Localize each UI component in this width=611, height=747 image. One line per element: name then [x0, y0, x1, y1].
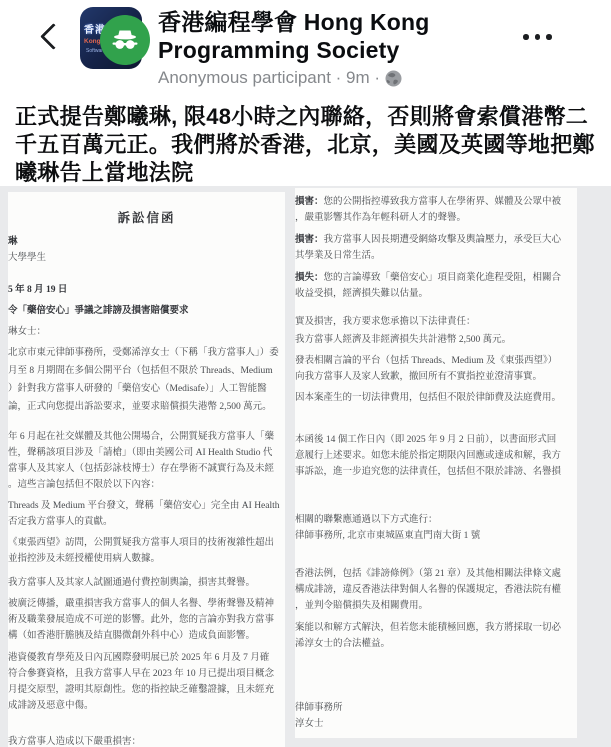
document-title: 訴訟信函 — [8, 208, 285, 226]
doc-line: 案能以和解方式解決，但若您未能積極回應，我方將採取一切必 — [295, 620, 577, 636]
doc-line: 當事人及其家人（包括彭詠枝博士）存在學術不誠實行為及未經 — [8, 461, 285, 477]
doc-line: 我方當事人及其家人試圖通過付費控制輿論，損害其聲譽。 — [8, 575, 285, 591]
back-button[interactable] — [36, 20, 66, 54]
attachment-image-right[interactable]: 損害：您的公開指控導致我方當事人在學術界、媒體及公眾中被，嚴重影響其作為年輕科研… — [295, 188, 577, 738]
doc-line: 琳 — [8, 234, 285, 250]
post-header: 香港編程 Kong Prog Software Soc 香港編程學會 Hong … — [0, 0, 611, 95]
doc-line: 香港法例，包括《誹謗條例》（第 21 章）及其他相關法律條文處 — [295, 566, 577, 582]
attachment-image-left[interactable]: 訴訟信函 琳大學學生5 年 8 月 19 日令「藥倍安心」爭議之誹謗及損害賠償要… — [8, 192, 285, 747]
doc-line: 我方當事人經濟及非經濟損失共計港幣 2,500 萬元。 — [295, 332, 577, 348]
more-options-button[interactable] — [523, 26, 563, 48]
doc-line: 事訴訟，進一步追究您的法律責任，包括但不限於誹謗、名譽損 — [295, 464, 577, 480]
doc-line: ）針對我方當事人研發的「藥倍安心（Medisafe）」人工智能醫 — [8, 381, 285, 397]
left-doc-lines: 琳大學學生5 年 8 月 19 日令「藥倍安心」爭議之誹謗及損害賠償要求琳女士：… — [8, 234, 285, 747]
globe-privacy-icon — [385, 70, 402, 87]
doc-line: 琳女士： — [8, 324, 285, 340]
doc-line: 意履行上述要求。如您未能於指定期限內回應或達成和解，我方 — [295, 448, 577, 464]
post-attachments: 訴訟信函 琳大學學生5 年 8 月 19 日令「藥倍安心」爭議之誹謗及損害賠償要… — [0, 186, 611, 747]
doc-line: 並指控涉及未經授權使用病人數據。 — [8, 551, 285, 567]
doc-line: 因本案產生的一切法律費用，包括但不限於律師費及法庭費用。 — [295, 390, 577, 406]
doc-line: 浠淳女士的合法權益。 — [295, 636, 577, 652]
meta-text: Anonymous participant · 9m · — [158, 68, 380, 88]
doc-line: 港資優教育學苑及日內瓦國際發明展已於 2025 年 6 月及 7 月確 — [8, 650, 285, 666]
doc-line: 損失：您的言論導致「藥倍安心」項目商業化進程受阻，相關合 — [295, 270, 577, 286]
doc-line: 術及職業發展造成不可逆的影響。此外，您的言論亦對我方當事 — [8, 612, 285, 628]
doc-line: ，並判令賠償損失及相關費用。 — [295, 598, 577, 614]
anonymous-incognito-icon — [100, 15, 150, 65]
doc-line: 淳女士 — [295, 716, 577, 732]
doc-line: 年 6 月起在社交媒體及其他公開場合，公開質疑我方當事人「藥 — [8, 429, 285, 445]
doc-line: 性，聲稱該項目涉及「請槍」（即由美國公司 AI Health Studio 代 — [8, 445, 285, 461]
doc-line: 《東張西望》訪問，公開質疑我方當事人項目的技術複雜性超出 — [8, 535, 285, 551]
post-text: 正式提告鄭曦琳, 限48小時之內聯絡，否則將會索償港幣二千五百萬元正。我們將於香… — [0, 95, 611, 197]
doc-line: 成誹謗及惡意中傷。 — [8, 698, 285, 714]
doc-line: 北京市東元律師事務所，受鄭浠淳女士（下稱「我方當事人」）委 — [8, 345, 285, 361]
doc-line: 大學學生 — [8, 250, 285, 266]
doc-line: 構（如香港肝膽胰及結直腸微創外科中心）造成負面影響。 — [8, 628, 285, 644]
doc-line: 相關的聯繫應通過以下方式進行： — [295, 512, 577, 528]
doc-line: 發表相關言論的平台（包括 Threads、Medium 及《東張西望》） — [295, 353, 577, 369]
doc-line: 論，正式向您提出訴訟要求，並要求賠償損失港幣 2,500 萬元。 — [8, 399, 285, 415]
group-post-screen: 香港編程 Kong Prog Software Soc 香港編程學會 Hong … — [0, 0, 611, 747]
doc-line: 收益受損，經濟損失難以估量。 — [295, 286, 577, 302]
doc-line: 律師事務所 — [295, 700, 577, 716]
doc-line: 否定我方當事人的貢獻。 — [8, 514, 285, 530]
dot-icon — [546, 34, 552, 40]
dot-icon — [535, 34, 541, 40]
doc-line: 實及損害，我方要求您承擔以下法律責任： — [295, 314, 577, 330]
doc-line: 我方當事人造成以下嚴重損害： — [8, 734, 285, 747]
right-doc-lines: 損害：您的公開指控導致我方當事人在學術界、媒體及公眾中被，嚴重影響其作為年輕科研… — [295, 194, 577, 732]
doc-line: 符合參賽資格，且我方當事人早在 2023 年 10 月已提出項目概念 — [8, 666, 285, 682]
doc-line: 。這些言論包括但不限於以下內容： — [8, 477, 285, 493]
post-meta: Anonymous participant · 9m · — [158, 68, 488, 88]
doc-line: 被廣泛傳播，嚴重損害我方當事人的個人名譽、學術聲譽及精神 — [8, 596, 285, 612]
doc-line: 向我方當事人及家人致歉，撤回所有不實指控並澄清事實。 — [295, 369, 577, 385]
doc-line: 構成誹謗，違反香港法律對個人名譽的保護規定，香港法院有權 — [295, 582, 577, 598]
doc-line: ，嚴重影響其作為年輕科研人才的聲譽。 — [295, 210, 577, 226]
doc-line: Threads 及 Medium 平台發文，聲稱「藥倍安心」完全由 AI Hea… — [8, 498, 285, 514]
doc-line: 月至 8 月期間在多個公開平台（包括但不限於 Threads、Medium — [8, 363, 285, 379]
doc-line: 本函後 14 個工作日內（即 2025 年 9 月 2 日前），以書面形式回 — [295, 432, 577, 448]
doc-line: 令「藥倍安心」爭議之誹謗及損害賠償要求 — [8, 303, 285, 319]
dot-icon — [523, 34, 529, 40]
group-name[interactable]: 香港編程學會 Hong Kong Programming Society — [158, 8, 488, 64]
doc-line: 5 年 8 月 19 日 — [8, 282, 285, 298]
group-avatar[interactable]: 香港編程 Kong Prog Software Soc — [80, 7, 150, 69]
doc-line: 損害：您的公開指控導致我方當事人在學術界、媒體及公眾中被 — [295, 194, 577, 210]
header-text-block: 香港編程學會 Hong Kong Programming Society Ano… — [158, 8, 488, 88]
doc-line: 損害：我方當事人因長期遭受網絡攻擊及輿論壓力，承受巨大心 — [295, 232, 577, 248]
doc-line: 其學業及日常生活。 — [295, 248, 577, 264]
doc-line: 律師事務所, 北京市東城區東直門南大街 1 號 — [295, 528, 577, 544]
doc-line: 月提交原型，證明其原創性。您的指控缺乏確鑿證據，且未經充 — [8, 682, 285, 698]
